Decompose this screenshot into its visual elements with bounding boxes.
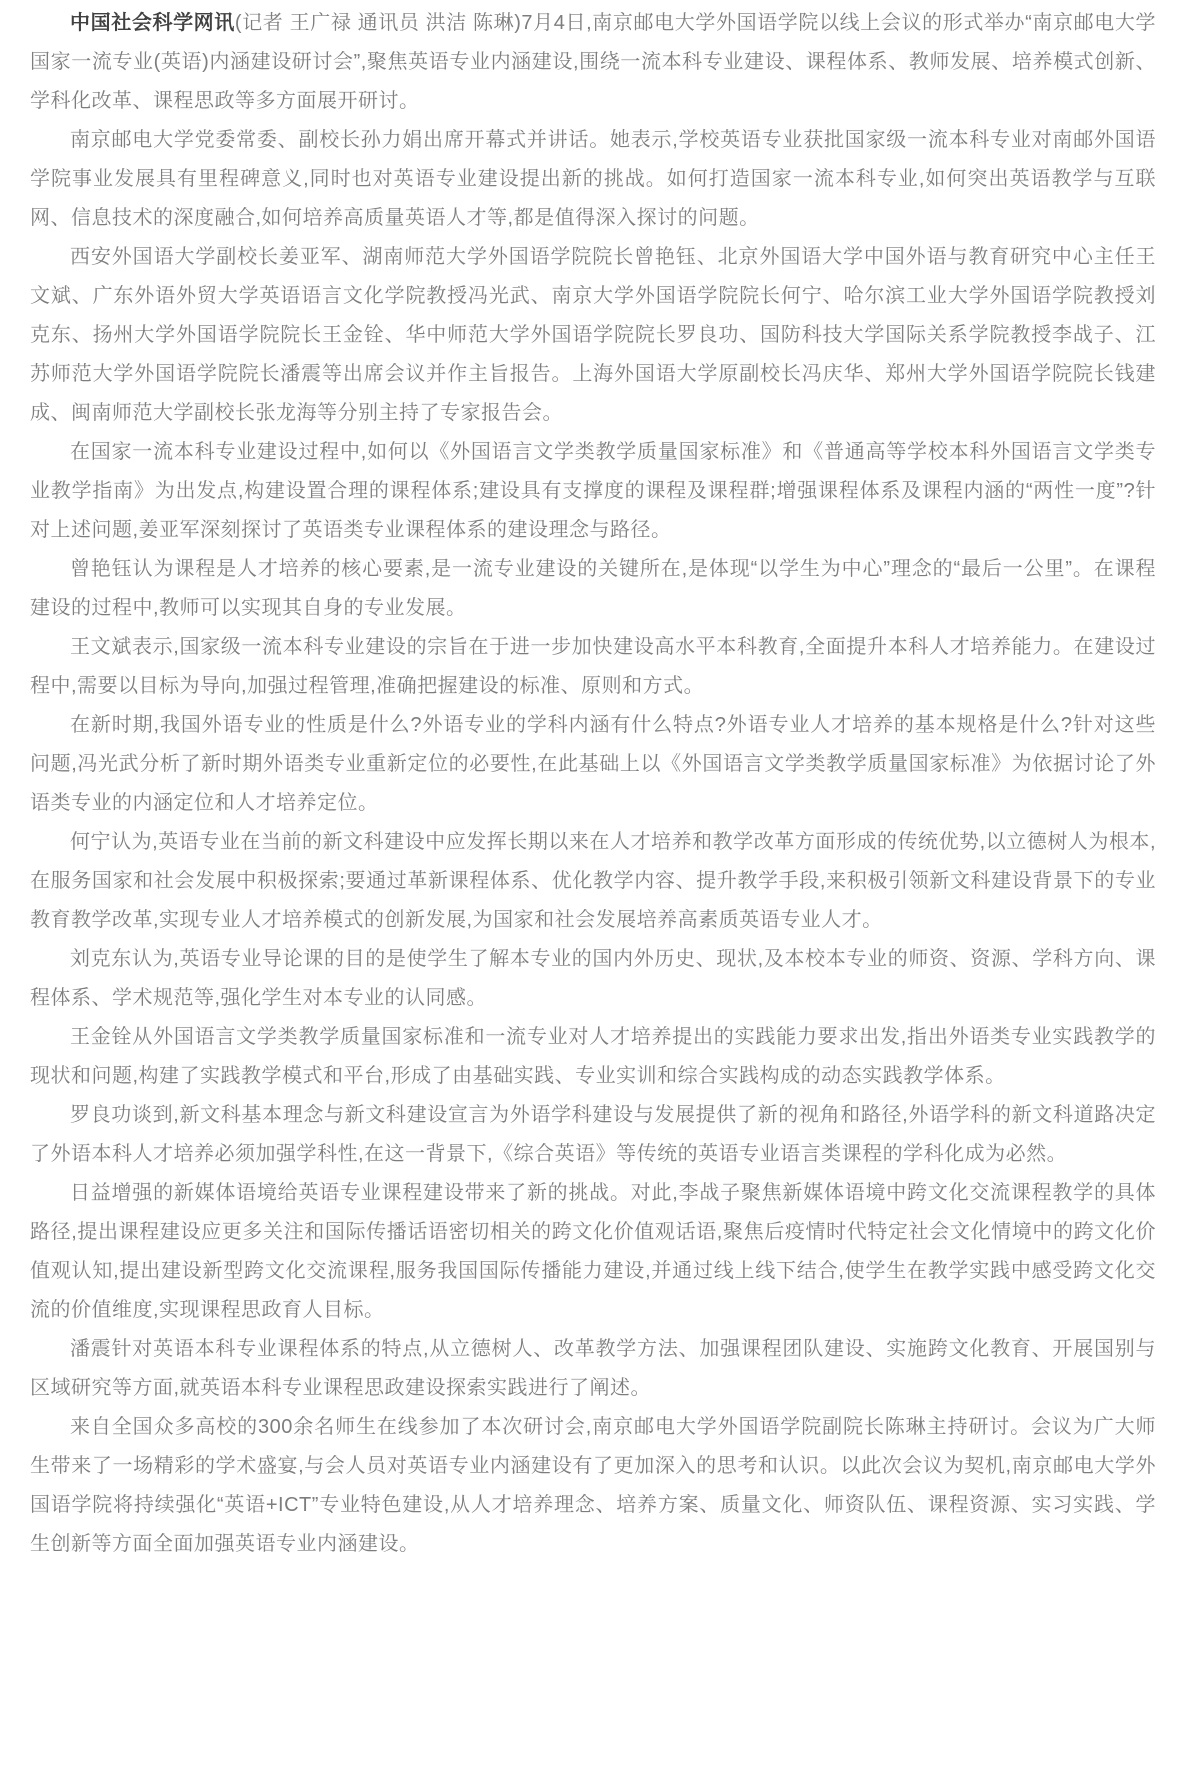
paragraph: 南京邮电大学党委常委、副校长孙力娟出席开幕式并讲话。她表示,学校英语专业获批国家… (30, 121, 1156, 238)
paragraph: 何宁认为,英语专业在当前的新文科建设中应发挥长期以来在人才培养和教学改革方面形成… (30, 823, 1156, 940)
article-page: 中国社会科学网讯(记者 王广禄 通讯员 洪洁 陈琳)7月4日,南京邮电大学外国语… (0, 0, 1182, 1780)
paragraph: 西安外国语大学副校长姜亚军、湖南师范大学外国语学院院长曾艳钰、北京外国语大学中国… (30, 238, 1156, 433)
paragraph: 潘震针对英语本科专业课程体系的特点,从立德树人、改革教学方法、加强课程团队建设、… (30, 1330, 1156, 1408)
paragraph: 曾艳钰认为课程是人才培养的核心要素,是一流专业建设的关键所在,是体现“以学生为中… (30, 550, 1156, 628)
paragraph: 来自全国众多高校的300余名师生在线参加了本次研讨会,南京邮电大学外国语学院副院… (30, 1408, 1156, 1564)
source-label: 中国社会科学网讯 (70, 12, 235, 34)
paragraph: 刘克东认为,英语专业导论课的目的是使学生了解本专业的国内外历史、现状,及本校本专… (30, 940, 1156, 1018)
paragraph: 在新时期,我国外语专业的性质是什么?外语专业的学科内涵有什么特点?外语专业人才培… (30, 706, 1156, 823)
paragraph: 日益增强的新媒体语境给英语专业课程建设带来了新的挑战。对此,李战子聚焦新媒体语境… (30, 1174, 1156, 1330)
paragraph: 在国家一流本科专业建设过程中,如何以《外国语言文学类教学质量国家标准》和《普通高… (30, 433, 1156, 550)
paragraph: 王金铨从外国语言文学类教学质量国家标准和一流专业对人才培养提出的实践能力要求出发… (30, 1018, 1156, 1096)
article-body: 中国社会科学网讯(记者 王广禄 通讯员 洪洁 陈琳)7月4日,南京邮电大学外国语… (30, 4, 1156, 1564)
paragraph: 罗良功谈到,新文科基本理念与新文科建设宣言为外语学科建设与发展提供了新的视角和路… (30, 1096, 1156, 1174)
paragraph-intro: 中国社会科学网讯(记者 王广禄 通讯员 洪洁 陈琳)7月4日,南京邮电大学外国语… (30, 4, 1156, 121)
paragraph: 王文斌表示,国家级一流本科专业建设的宗旨在于进一步加快建设高水平本科教育,全面提… (30, 628, 1156, 706)
